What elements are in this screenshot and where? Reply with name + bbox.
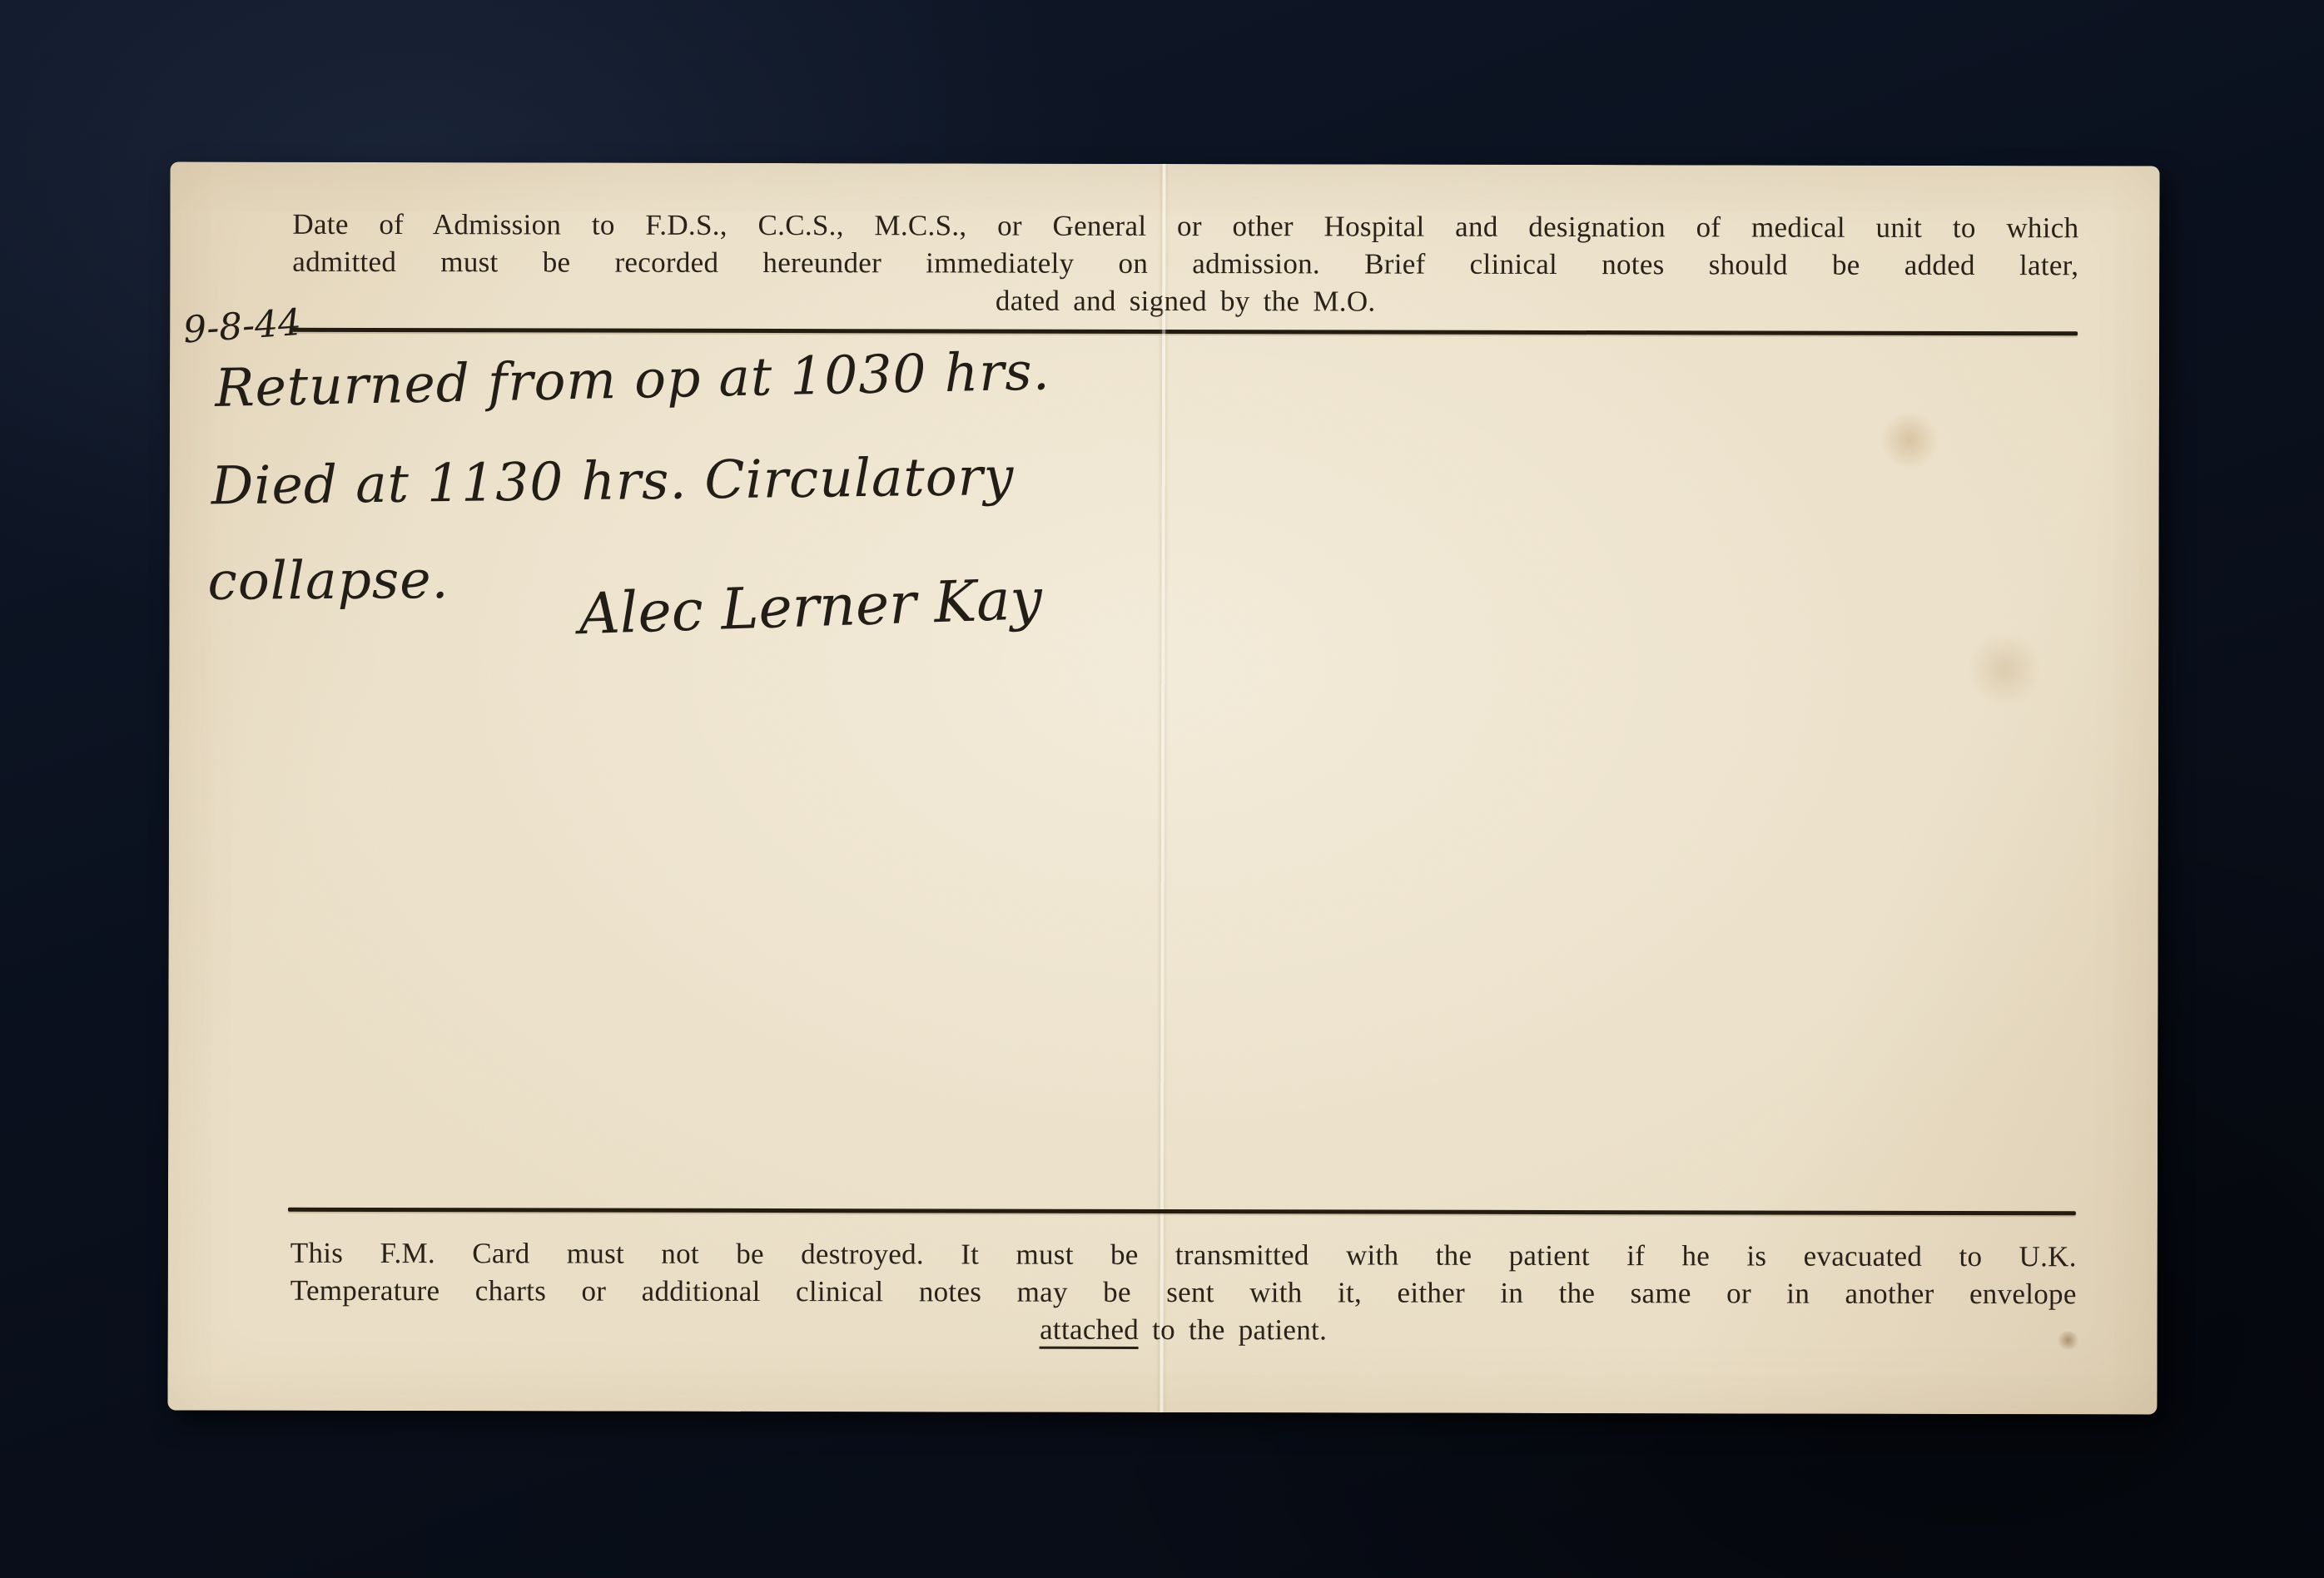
paper-stain <box>1967 632 2042 707</box>
bottom-divider-rule <box>288 1208 2076 1215</box>
fold-crease <box>1160 164 1165 1412</box>
header-line-3: dated and signed by the M.O. <box>292 280 2078 321</box>
photo-backdrop: { "document_type": "Field Medical Card (… <box>0 0 2324 1578</box>
top-divider-rule <box>290 328 2078 335</box>
header-line-2: admitted must be recorded hereunder imme… <box>292 243 2078 284</box>
underlined-word-attached: attached <box>1040 1313 1139 1349</box>
medical-officer-signature: Alec Lerner Kay <box>578 567 1043 648</box>
paper-grain-texture <box>167 161 2159 1414</box>
footer-line-3-rest: to the patient. <box>1139 1313 1327 1346</box>
admission-date-handwritten: 9-8-44 <box>182 301 303 351</box>
footer-line-3: attached to the patient. <box>290 1309 2077 1350</box>
clinical-note-line-1: Returned from op at 1030 hrs. <box>214 340 1050 419</box>
clinical-note-line-2: Died at 1130 hrs. Circulatory <box>211 446 1014 516</box>
footer-instructions: This F.M. Card must not be destroyed. It… <box>290 1234 2077 1350</box>
header-instructions: Date of Admission to F.D.S., C.C.S., M.C… <box>292 206 2078 321</box>
footer-line-2: Temperature charts or additional clinica… <box>290 1272 2077 1313</box>
paper-stain <box>1880 411 1939 469</box>
header-line-1: Date of Admission to F.D.S., C.C.S., M.C… <box>292 206 2078 246</box>
footer-line-1: This F.M. Card must not be destroyed. It… <box>290 1234 2077 1275</box>
clinical-note-line-3: collapse. <box>207 549 449 612</box>
field-medical-card: Date of Admission to F.D.S., C.C.S., M.C… <box>167 161 2159 1414</box>
